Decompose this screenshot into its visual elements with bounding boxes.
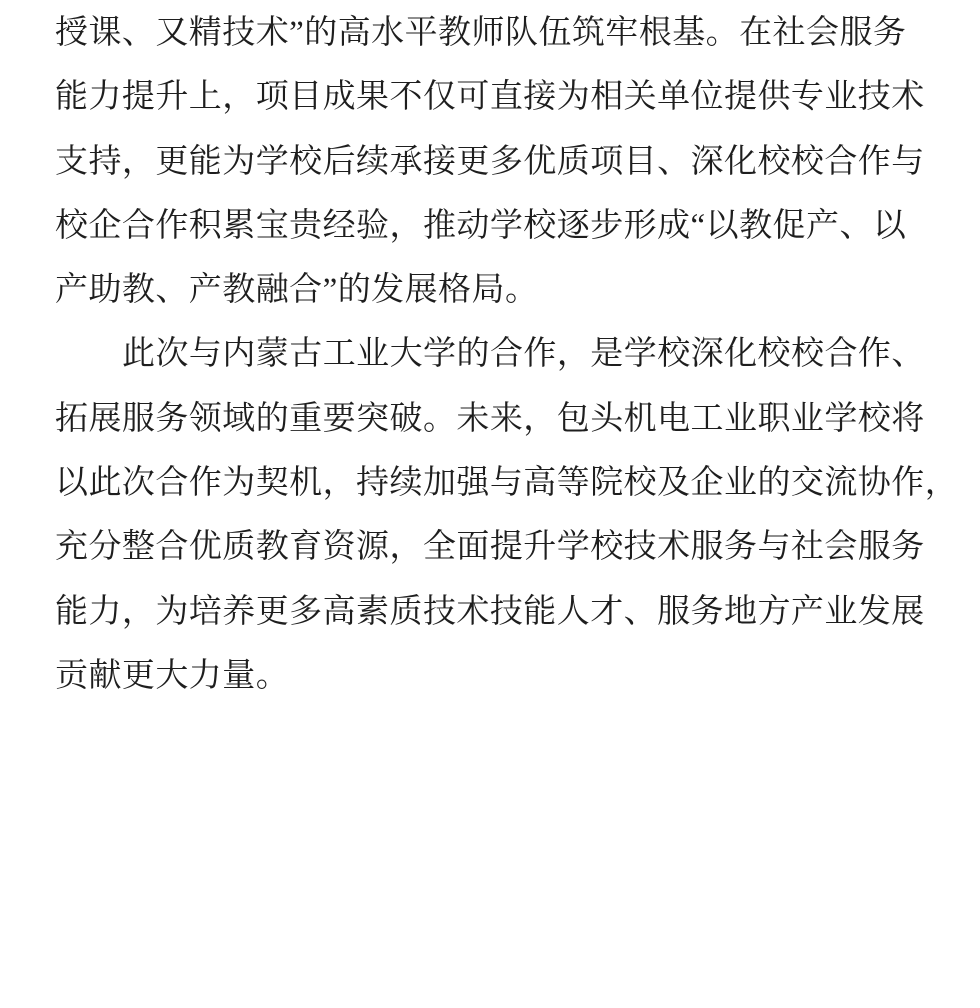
text-line: 产助教、产教融合”的发展格局。 bbox=[55, 258, 925, 322]
text-line: 能力，为培养更多高素质技术技能人才、服务地方产业发展 bbox=[55, 580, 925, 644]
text-line: 支持，更能为学校后续承接更多优质项目、深化校校合作与 bbox=[55, 130, 925, 194]
text-line: 以此次合作为契机，持续加强与高等院校及企业的交流协作， bbox=[55, 451, 925, 515]
text-line: 拓展服务领域的重要突破。未来，包头机电工业职业学校将 bbox=[55, 387, 925, 451]
text-line: 充分整合优质教育资源，全面提升学校技术服务与社会服务 bbox=[55, 515, 925, 579]
text-line: 能力提升上，项目成果不仅可直接为相关单位提供专业技术 bbox=[55, 65, 925, 129]
text-line: 授课、又精技术”的高水平教师队伍筑牢根基。在社会服务 bbox=[55, 1, 925, 65]
text-line-paragraph-start: 此次与内蒙古工业大学的合作，是学校深化校校合作、 bbox=[55, 322, 925, 386]
text-line: 校企合作积累宝贵经验，推动学校逐步形成“以教促产、以 bbox=[55, 194, 925, 258]
document-page: 授课、又精技术”的高水平教师队伍筑牢根基。在社会服务 能力提升上，项目成果不仅可… bbox=[0, 0, 980, 1008]
text-line: 贡献更大力量。 bbox=[55, 644, 925, 708]
document-text-block: 授课、又精技术”的高水平教师队伍筑牢根基。在社会服务 能力提升上，项目成果不仅可… bbox=[55, 1, 925, 708]
